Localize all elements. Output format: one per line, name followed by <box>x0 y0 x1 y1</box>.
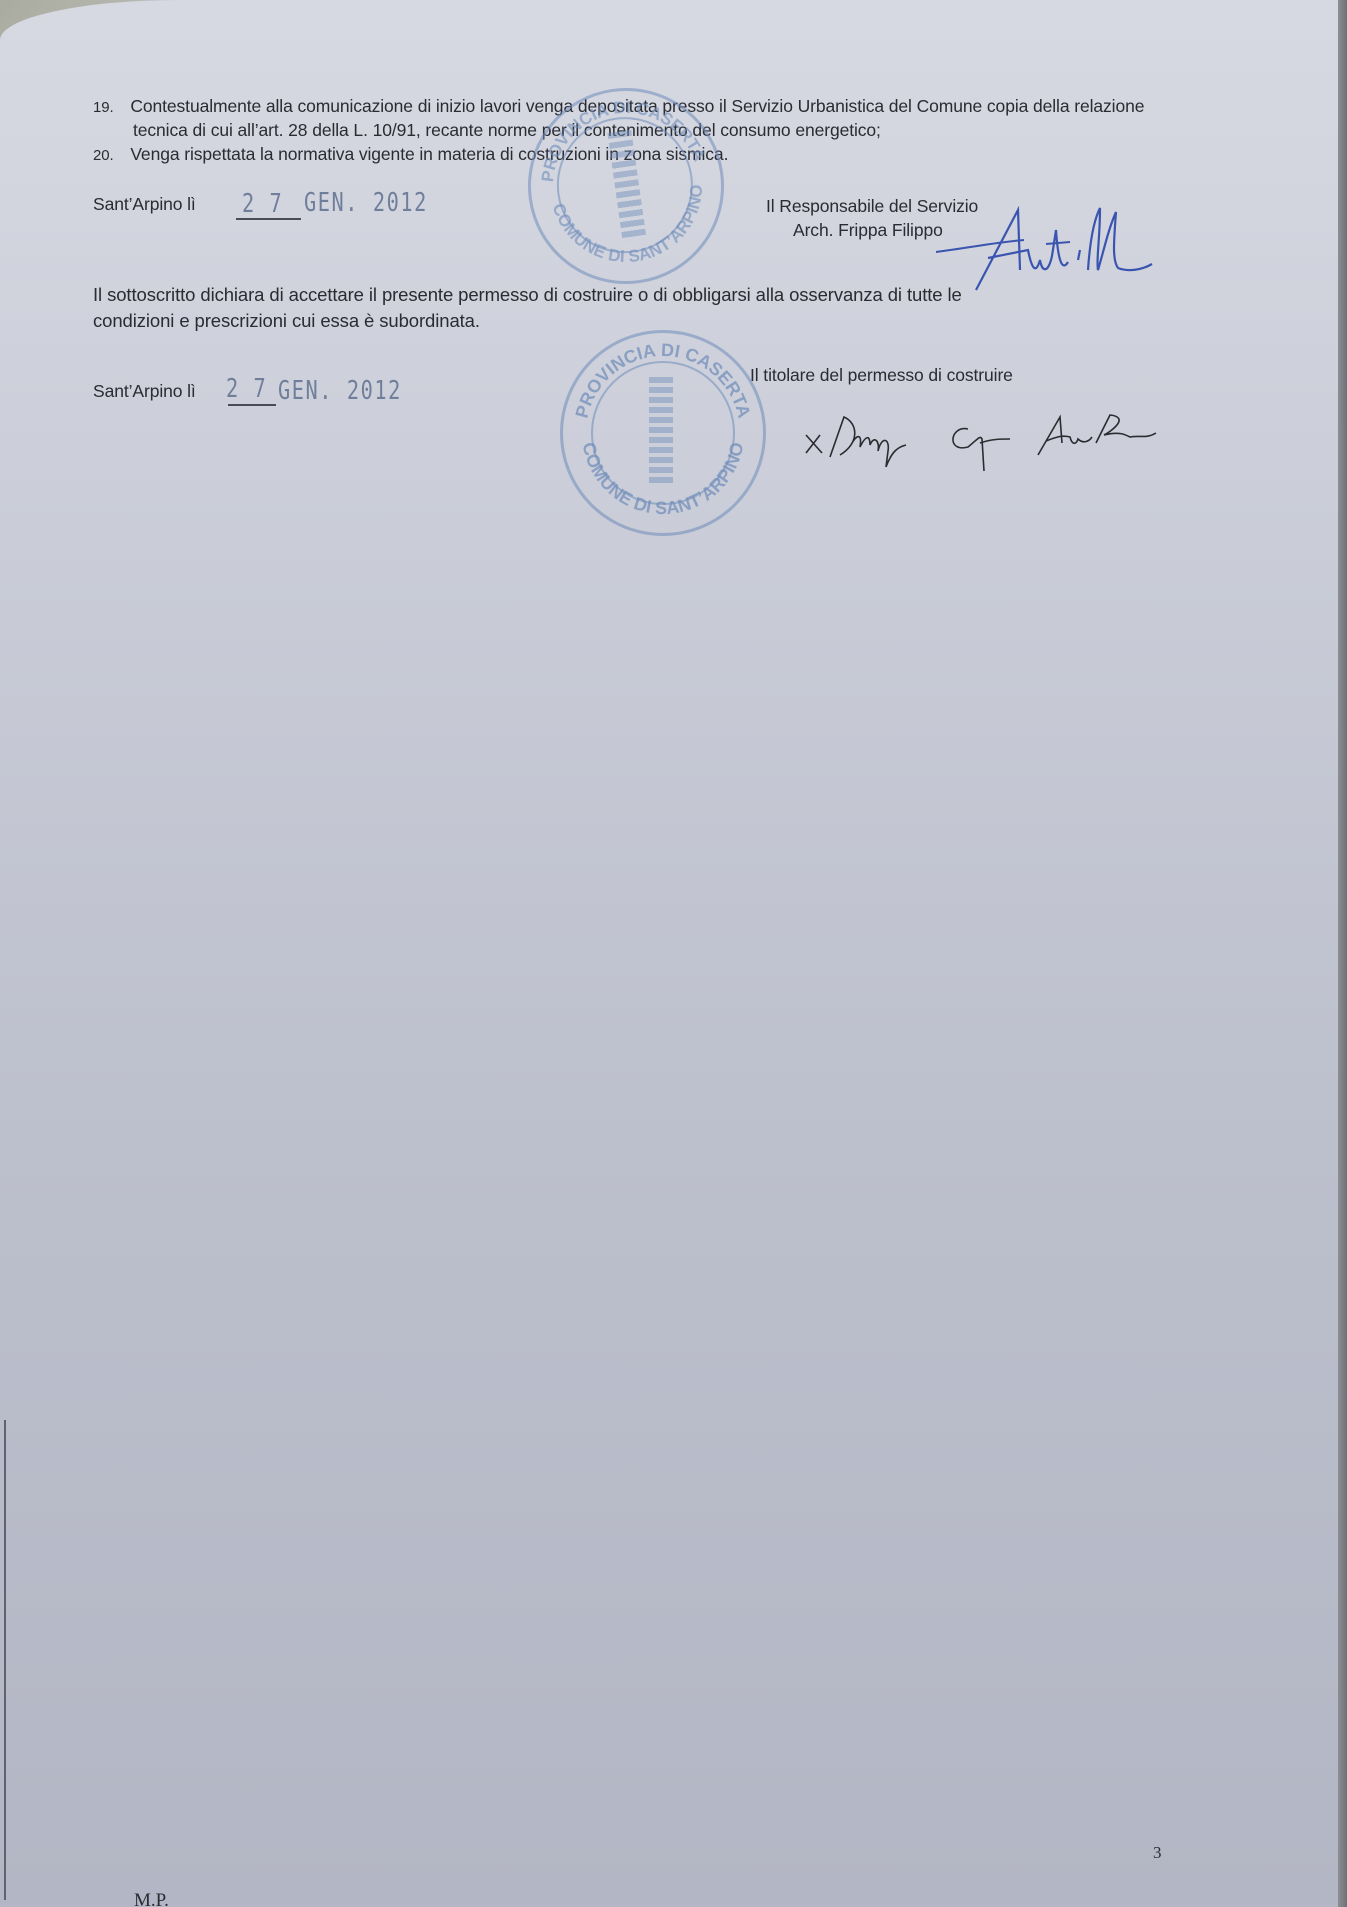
page-edge <box>1338 0 1347 1907</box>
initials: M.P. <box>134 1890 169 1907</box>
item-19-line2: tecnica di cui all’art. 28 della L. 10/9… <box>133 120 881 141</box>
official-stamp: PROVINCIA DI CASERTA COMUNE DI SANT’ARPI… <box>515 75 736 296</box>
date-stamp-2: GEN. 2012 <box>278 376 402 406</box>
signature-responsible <box>928 200 1158 300</box>
stamp-text-ring: PROVINCIA DI CASERTA COMUNE DI SANT’ARPI… <box>560 330 766 536</box>
item-number: 20. <box>93 147 114 164</box>
date-day-2: 2 7 <box>226 374 267 404</box>
signature-permit-holder <box>800 395 1200 485</box>
signer-name-1: Arch. Frippa Filippo <box>793 220 943 241</box>
svg-text:COMUNE DI SANT’ARPINO: COMUNE DI SANT’ARPINO <box>579 440 748 518</box>
declaration-line2: condizioni e prescrizioni cui essa è sub… <box>93 310 480 332</box>
signer-title-2: Il titolare del permesso di costruire <box>750 365 1013 386</box>
svg-text:COMUNE DI SANT’ARPINO: COMUNE DI SANT’ARPINO <box>548 181 716 276</box>
svg-text:PROVINCIA DI CASERTA: PROVINCIA DI CASERTA <box>528 87 710 186</box>
page-number: 3 <box>1153 1843 1162 1863</box>
date-field-1: 2 7 <box>236 196 301 220</box>
binding-line <box>4 1420 6 1900</box>
svg-text:PROVINCIA DI CASERTA: PROVINCIA DI CASERTA <box>572 340 755 420</box>
declaration-line1: Il sottoscritto dichiara di accettare il… <box>93 284 962 306</box>
date-stamp-1: GEN. 2012 <box>304 188 428 218</box>
date-day-1: 2 7 <box>242 189 283 219</box>
official-stamp: PROVINCIA DI CASERTA COMUNE DI SANT’ARPI… <box>560 330 766 536</box>
place-date-label-2: Sant’Arpino lì <box>93 381 196 402</box>
stamp-text-ring: PROVINCIA DI CASERTA COMUNE DI SANT’ARPI… <box>515 75 736 296</box>
date-field-2: 2 7 <box>228 382 276 406</box>
place-date-label-1: Sant’Arpino lì <box>93 194 196 215</box>
item-number: 19. <box>93 99 114 116</box>
